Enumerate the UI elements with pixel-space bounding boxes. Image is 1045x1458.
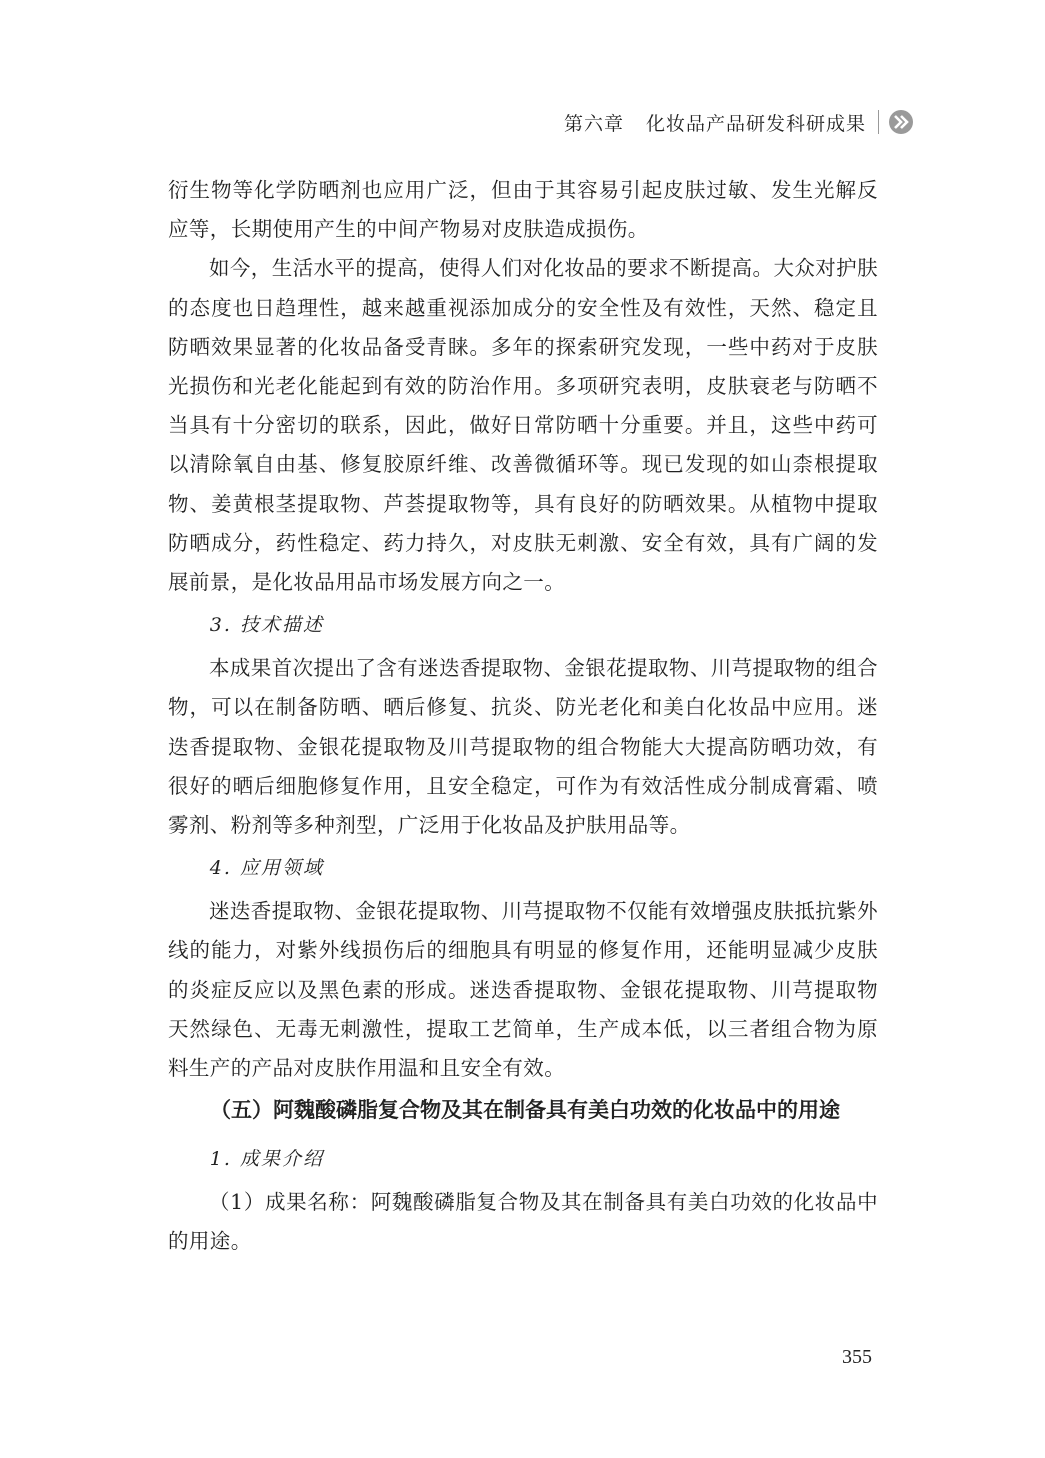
paragraph: 迷迭香提取物、金银花提取物、川芎提取物不仅能有效增强皮肤抵抗紫外线的能力，对紫外… bbox=[168, 892, 878, 1088]
subheading-tech-description: 3. 技术描述 bbox=[168, 606, 878, 645]
double-chevron-right-icon bbox=[889, 110, 913, 134]
chapter-label: 第六章 bbox=[564, 113, 624, 135]
page-number: 355 bbox=[842, 1346, 872, 1369]
paragraph: 本成果首次提出了含有迷迭香提取物、金银花提取物、川芎提取物的组合物，可以在制备防… bbox=[168, 649, 878, 845]
paragraph: 如今，生活水平的提高，使得人们对化妆品的要求不断提高。大众对护肤的态度也日趋理性… bbox=[168, 249, 878, 602]
section-heading: （五）阿魏酸磷脂复合物及其在制备具有美白功效的化妆品中的用途 bbox=[168, 1090, 878, 1130]
subheading-application-field: 4. 应用领域 bbox=[168, 849, 878, 888]
subheading-achievement-intro: 1. 成果介绍 bbox=[168, 1140, 878, 1179]
running-header: 第六章化妆品产品研发科研成果 bbox=[564, 104, 913, 140]
page-body: 衍生物等化学防晒剂也应用广泛，但由于其容易引起皮肤过敏、发生光解反应等，长期使用… bbox=[168, 171, 878, 1262]
paragraph: （1）成果名称：阿魏酸磷脂复合物及其在制备具有美白功效的化妆品中的用途。 bbox=[168, 1183, 878, 1261]
chapter-title: 化妆品产品研发科研成果 bbox=[646, 113, 866, 135]
paragraph-continued: 衍生物等化学防晒剂也应用广泛，但由于其容易引起皮肤过敏、发生光解反应等，长期使用… bbox=[168, 171, 878, 249]
header-divider bbox=[878, 110, 879, 134]
header-title: 第六章化妆品产品研发科研成果 bbox=[564, 109, 866, 136]
